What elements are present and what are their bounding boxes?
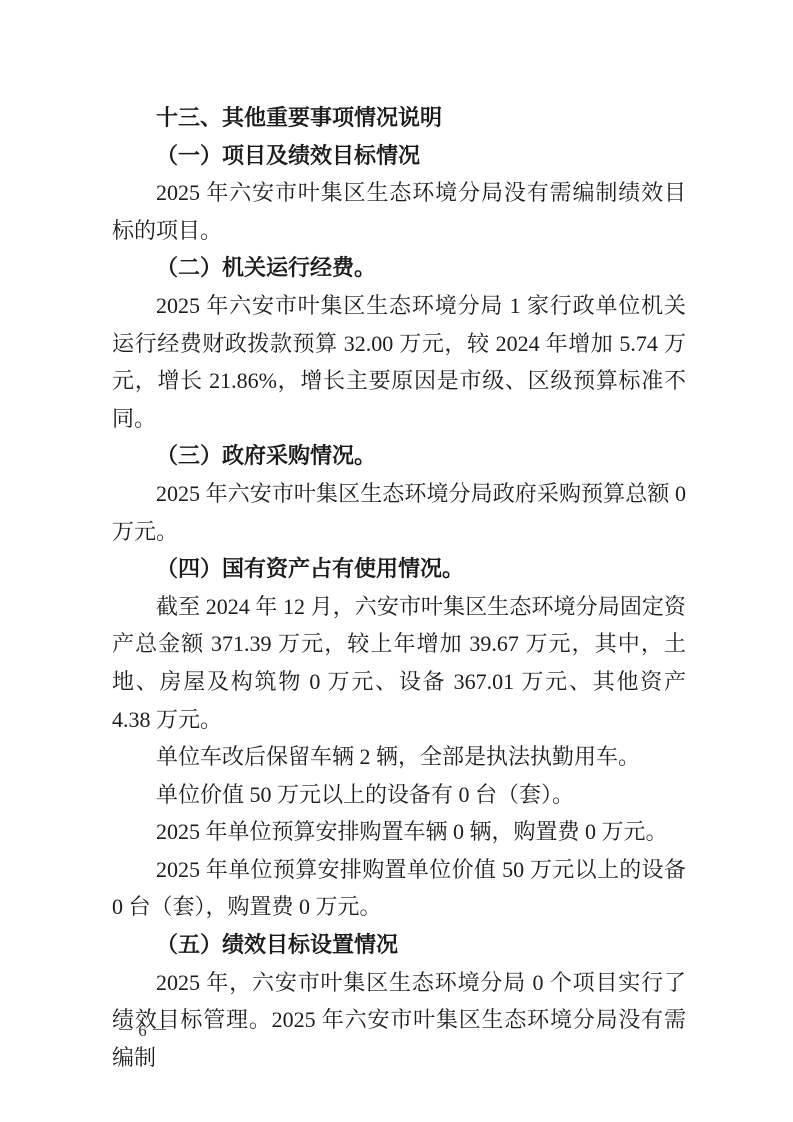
doc-paragraph: 2025 年，六安市叶集区生态环境分局 0 个项目实行了绩效目标管理。2025 … [112, 964, 686, 1077]
subheading-3-procurement: （三）政府采购情况。 [112, 437, 686, 475]
document-content: 十三、其他重要事项情况说明 （一）项目及绩效目标情况 2025 年六安市叶集区生… [112, 99, 686, 1076]
subheading-4-state-assets: （四）国有资产占有使用情况。 [112, 550, 686, 588]
doc-paragraph: 2025 年六安市叶集区生态环境分局没有需编制绩效目标的项目。 [112, 174, 686, 249]
doc-paragraph: 单位车改后保留车辆 2 辆，全部是执法执勤用车。 [112, 738, 686, 776]
doc-paragraph: 单位价值 50 万元以上的设备有 0 台（套）。 [112, 776, 686, 814]
doc-paragraph: 2025 年六安市叶集区生态环境分局 1 家行政单位机关运行经费财政拨款预算 3… [112, 287, 686, 437]
subheading-1-project-goals: （一）项目及绩效目标情况 [112, 137, 686, 175]
section-heading: 十三、其他重要事项情况说明 [112, 99, 686, 137]
page-number: － 6 － [117, 1021, 168, 1040]
document-page: 十三、其他重要事项情况说明 （一）项目及绩效目标情况 2025 年六安市叶集区生… [0, 0, 793, 1122]
page-footer: － 6 － [117, 1020, 168, 1042]
subheading-5-performance: （五）绩效目标设置情况 [112, 926, 686, 964]
doc-paragraph: 2025 年六安市叶集区生态环境分局政府采购预算总额 0 万元。 [112, 475, 686, 550]
doc-paragraph: 2025 年单位预算安排购置单位价值 50 万元以上的设备 0 台（套），购置费… [112, 851, 686, 926]
doc-paragraph: 2025 年单位预算安排购置车辆 0 辆，购置费 0 万元。 [112, 813, 686, 851]
subheading-2-operating-funds: （二）机关运行经费。 [112, 249, 686, 287]
doc-paragraph: 截至 2024 年 12 月，六安市叶集区生态环境分局固定资产总金额 371.3… [112, 588, 686, 738]
